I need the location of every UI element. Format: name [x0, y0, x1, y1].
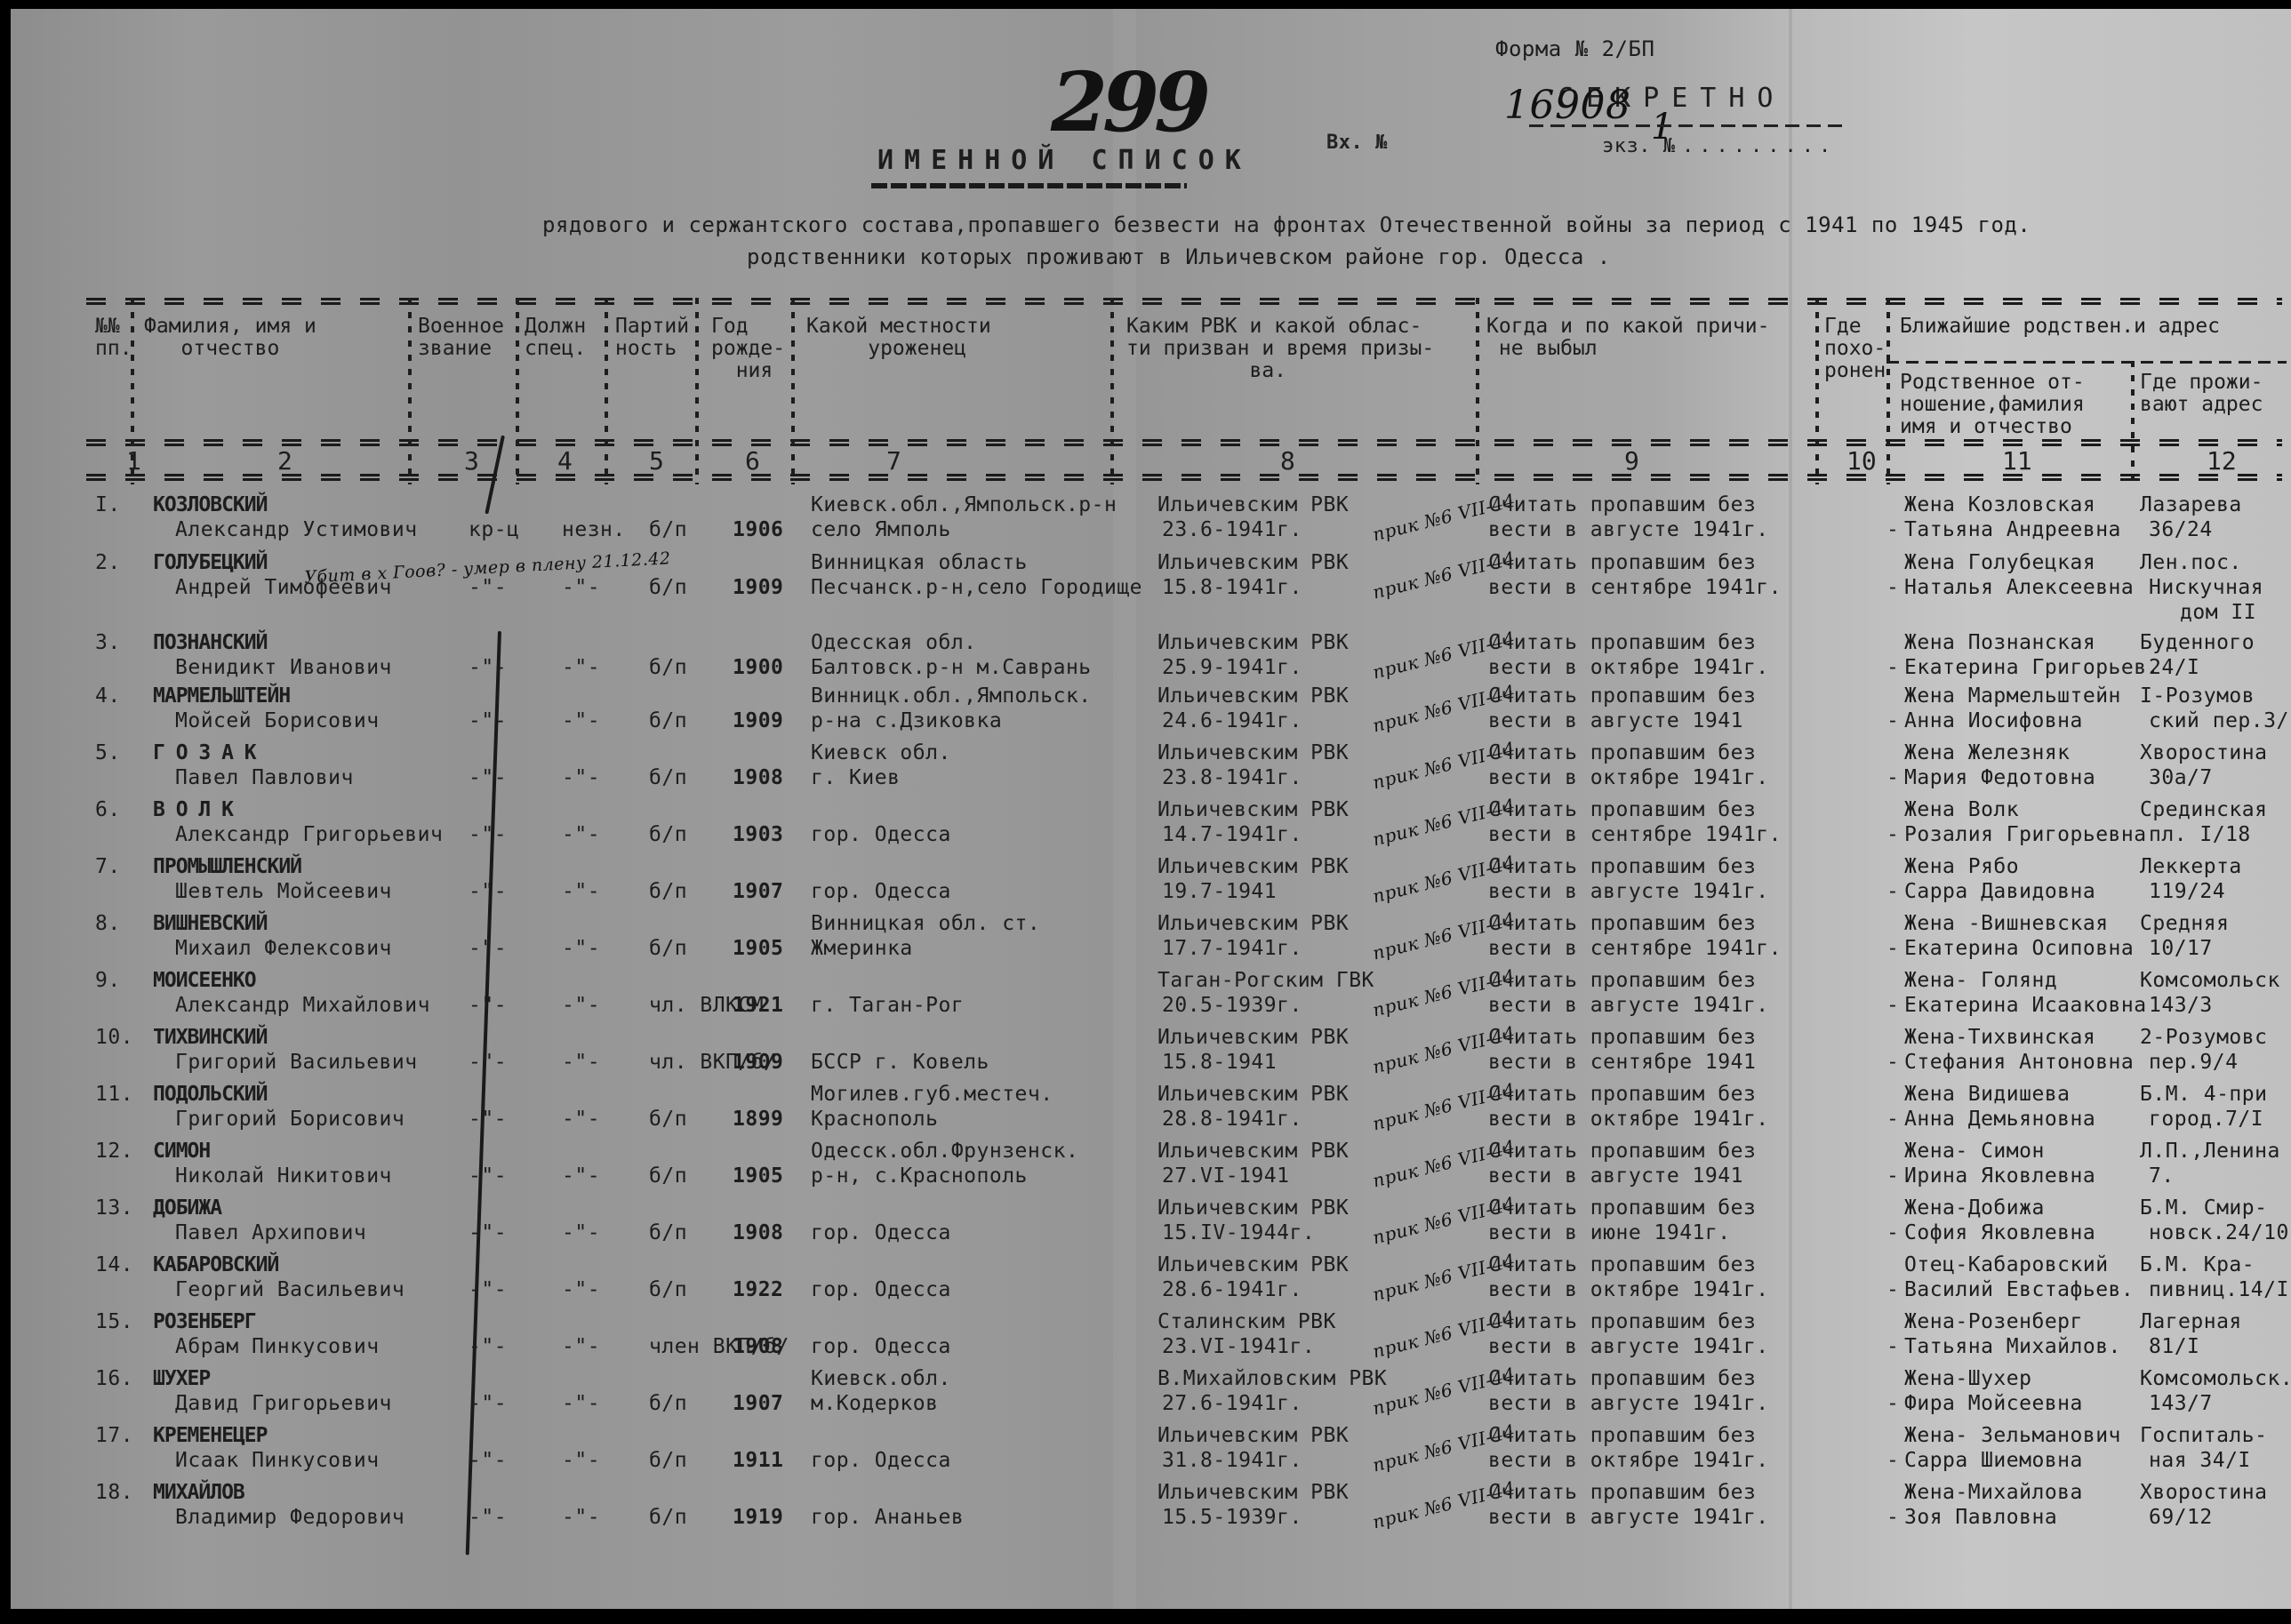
address-line-2: Нискучная — [2149, 576, 2263, 599]
conscription-office: Ильичевским РВК — [1158, 1196, 1349, 1220]
conscription-date: 23.VI-1941г. — [1162, 1335, 1315, 1358]
title-underline — [871, 183, 1187, 188]
surname: Г О З А К — [153, 741, 256, 764]
birthplace-line-1: Киевск обл. — [811, 741, 951, 764]
relative-line-1: Жена- Голянд — [1904, 969, 2057, 992]
military-rank: -"- — [469, 937, 507, 960]
birthplace-line-1: Винницкая область — [811, 551, 1028, 574]
col-divider — [1815, 298, 1819, 484]
register-number-handwritten: 16908 — [1504, 94, 1630, 117]
address-line-2: новск.24/10 — [2149, 1221, 2289, 1244]
party-membership: б/п — [649, 1392, 687, 1415]
conscription-date: 23.8-1941г. — [1162, 766, 1302, 789]
row-number: 8. — [95, 912, 121, 935]
row-number: 12. — [95, 1140, 133, 1163]
military-rank: -"- — [469, 1392, 507, 1415]
colnum: 2 — [277, 446, 292, 476]
conscription-date: 27.6-1941г. — [1162, 1392, 1302, 1415]
conscription-office: Ильичевским РВК — [1158, 551, 1349, 574]
conscription-office: Ильичевским РВК — [1158, 1026, 1349, 1049]
party-membership: б/п — [649, 656, 687, 679]
archive-number-handwritten: 299 — [1051, 91, 1206, 114]
military-rank: -"- — [469, 994, 507, 1017]
relative-line-1: Жена Познанская — [1904, 631, 2095, 654]
address-line-1: Лазарева — [2140, 493, 2242, 516]
conscription-office: Ильичевским РВК — [1158, 1140, 1349, 1163]
birthplace-line-2: гор. Одесса — [811, 1221, 951, 1244]
conscription-office: В.Михайловским РВК — [1158, 1367, 1387, 1390]
conscription-office: Ильичевским РВК — [1158, 912, 1349, 935]
relative-line-2: София Яковлевна — [1904, 1221, 2095, 1244]
surname: МИХАЙЛОВ — [153, 1481, 244, 1504]
col-divider — [791, 298, 795, 484]
col-divider — [695, 298, 699, 484]
table-row: 12. СИМОН Николай Никитович -"- -"- б/п … — [11, 1140, 2291, 1196]
conscription-date: 28.8-1941г. — [1162, 1108, 1302, 1131]
given-name: Владимир Федорович — [175, 1506, 405, 1529]
conscription-office: Сталинским РВК — [1158, 1310, 1336, 1333]
military-rank: -"- — [469, 1051, 507, 1074]
buried-place: - — [1886, 1164, 1899, 1188]
col-divider — [605, 298, 608, 484]
given-name: Абрам Пинкусович — [175, 1335, 380, 1358]
birthplace-line-2: р-н, с.Краснополь — [811, 1164, 1028, 1188]
relative-line-2: Фира Мойсеевна — [1904, 1392, 2083, 1415]
buried-place: - — [1886, 1278, 1899, 1301]
colnum: 10 — [1846, 446, 1877, 476]
buried-place: - — [1886, 709, 1899, 732]
birthplace-line-2: р-на с.Дзиковка — [811, 709, 1002, 732]
surname: ПОЗНАНСКИЙ — [153, 631, 267, 654]
given-name: Григорий Борисович — [175, 1108, 405, 1131]
reason-line-1: Считать пропавшим без — [1488, 1196, 1756, 1220]
table-row: 8. ВИШНЕВСКИЙ Михаил Фелексович -"- -"- … — [11, 912, 2291, 969]
surname: ДОБИЖА — [153, 1196, 221, 1220]
birthplace-line-2: село Ямполь — [811, 518, 951, 541]
specialty: -"- — [562, 937, 600, 960]
conscription-date: 15.IV-1944г. — [1162, 1221, 1315, 1244]
buried-place: - — [1886, 823, 1899, 846]
reason-line-1: Считать пропавшим без — [1488, 1424, 1756, 1447]
address-line-1: I-Розумов — [2140, 684, 2255, 708]
buried-place: - — [1886, 937, 1899, 960]
relative-line-2: Татьяна Андреевна — [1904, 518, 2121, 541]
reason-line-1: Считать пропавшим без — [1488, 798, 1756, 821]
address-line-1: Комсомольск — [2140, 969, 2280, 992]
table-row: 11. ПОДОЛЬСКИЙ Григорий Борисович -"- -"… — [11, 1083, 2291, 1140]
header-name: Фамилия, имя и отчество — [144, 316, 316, 360]
birthplace-line-2: гор. Ананьев — [811, 1506, 964, 1529]
conscription-date: 20.5-1939г. — [1162, 994, 1302, 1017]
party-membership: б/п — [649, 1164, 687, 1188]
address-line-1: Комсомольск. — [2140, 1367, 2291, 1390]
table-row: 3. ПОЗНАНСКИЙ Венидикт Иванович -"- -"- … — [11, 631, 2291, 688]
address-line-2: ский пер.3/II — [2149, 709, 2291, 732]
reason-line-2: вести в августе 1941г. — [1488, 1506, 1769, 1529]
specialty: -"- — [562, 1506, 600, 1529]
conscription-date: 19.7-1941 — [1162, 880, 1277, 903]
row-number: 3. — [95, 631, 121, 654]
table-row: I. КОЗЛОВСКИЙ Александр Устимович кр-ц н… — [11, 493, 2291, 550]
given-name: Григорий Васильевич — [175, 1051, 418, 1074]
military-rank: кр-ц — [469, 518, 519, 541]
row-number: I. — [95, 493, 121, 516]
reason-line-2: вести в сентябре 1941 — [1488, 1051, 1756, 1074]
conscription-office: Ильичевским РВК — [1158, 493, 1349, 516]
reason-line-1: Считать пропавшим без — [1488, 969, 1756, 992]
birthplace-line-2: гор. Одесса — [811, 1278, 951, 1301]
birth-year: 1908 — [733, 1335, 783, 1358]
col-divider — [1110, 298, 1114, 484]
subtitle-line-2: родственники которых проживают в Ильичев… — [747, 245, 1611, 268]
given-name: Михаил Фелексович — [175, 937, 392, 960]
reason-line-2: вести в августе 1941 — [1488, 1164, 1743, 1188]
address-line-1: Б.М. Кра- — [2140, 1253, 2255, 1276]
given-name: Николай Никитович — [175, 1164, 392, 1188]
colnum: 11 — [2002, 446, 2032, 476]
colnum: 7 — [886, 446, 901, 476]
birthplace-line-2: Жмеринка — [811, 937, 913, 960]
buried-place: - — [1886, 1506, 1899, 1529]
relative-line-2: Екатерина Осиповна — [1904, 937, 2134, 960]
conscription-date: 15.8-1941г. — [1162, 576, 1302, 599]
given-name: Георгий Васильевич — [175, 1278, 405, 1301]
surname: КОЗЛОВСКИЙ — [153, 493, 267, 516]
buried-place: - — [1886, 656, 1899, 679]
header-bottom-rule — [86, 439, 2282, 446]
birth-year: 1909 — [733, 1051, 783, 1074]
buried-place: - — [1886, 994, 1899, 1017]
birthplace-line-2: м.Кодерков — [811, 1392, 938, 1415]
header-sub-rule — [1886, 361, 2287, 364]
party-membership: б/п — [649, 880, 687, 903]
address-line-2: 36/24 — [2149, 518, 2213, 541]
birth-year: 1922 — [733, 1278, 783, 1301]
military-rank: -"- — [469, 880, 507, 903]
row-number: 4. — [95, 684, 121, 708]
military-rank: -"- — [469, 1164, 507, 1188]
row-number: 11. — [95, 1083, 133, 1106]
given-name: Павел Архипович — [175, 1221, 366, 1244]
birth-year: 1905 — [733, 937, 783, 960]
address-line-1: Леккерта — [2140, 855, 2242, 878]
military-rank: -"- — [469, 1335, 507, 1358]
military-rank: -"- — [469, 1221, 507, 1244]
table-row: 2. ГОЛУБЕЦКИЙ Андрей Тимофеевич -"- -"- … — [11, 551, 2291, 608]
col-divider — [1476, 298, 1479, 484]
row-number: 2. — [95, 551, 121, 574]
relative-line-2: Мария Федотовна — [1904, 766, 2095, 789]
relative-line-1: Жена- Симон — [1904, 1140, 2045, 1163]
birth-year: 1900 — [733, 656, 783, 679]
address-line-1: Срединская — [2140, 798, 2267, 821]
birth-year: 1909 — [733, 709, 783, 732]
colnum: 3 — [464, 446, 479, 476]
party-membership: б/п — [649, 1221, 687, 1244]
row-number: 10. — [95, 1026, 133, 1049]
surname: В О Л К — [153, 798, 233, 821]
relative-line-1: Жена-Добижа — [1904, 1196, 2045, 1220]
col-divider — [1886, 298, 1890, 484]
surname: ПРОМЫШЛЕНСКИЙ — [153, 855, 301, 878]
conscription-office: Ильичевским РВК — [1158, 684, 1349, 708]
birth-year: 1908 — [733, 1221, 783, 1244]
relative-line-2: Зоя Павловна — [1904, 1506, 2057, 1529]
birth-year: 1903 — [733, 823, 783, 846]
address-line-1: Лен.пос. — [2140, 551, 2242, 574]
surname: МАРМЕЛЬШТЕЙН — [153, 684, 290, 708]
specialty: -"- — [562, 1221, 600, 1244]
address-line-2: 10/17 — [2149, 937, 2213, 960]
form-label: Форма № 2/БП — [1495, 37, 1654, 60]
col-divider — [2131, 361, 2135, 484]
conscription-date: 23.6-1941г. — [1162, 518, 1302, 541]
birth-year: 1905 — [733, 1164, 783, 1188]
relative-line-1: Жена-Тихвинская — [1904, 1026, 2095, 1049]
reason-line-1: Считать пропавшим без — [1488, 1026, 1756, 1049]
specialty: -"- — [562, 1335, 600, 1358]
relative-line-1: Жена Козловская — [1904, 493, 2095, 516]
table-row: 16. ШУХЕР Давид Григорьевич -"- -"- б/п … — [11, 1367, 2291, 1424]
birthplace-line-2: гор. Одесса — [811, 1335, 951, 1358]
reason-line-2: вести в октябре 1941г. — [1488, 1449, 1769, 1472]
relative-line-2: Екатерина Григорьев. — [1904, 656, 2159, 679]
reason-line-1: Считать пропавшим без — [1488, 631, 1756, 654]
conscription-office: Ильичевским РВК — [1158, 1481, 1349, 1504]
reason-line-2: вести в октябре 1941г. — [1488, 1108, 1769, 1131]
stamp-underline — [1529, 124, 1849, 127]
address-line-2: 81/I — [2149, 1335, 2199, 1358]
reason-line-1: Считать пропавшим без — [1488, 1253, 1756, 1276]
birth-year: 1907 — [733, 880, 783, 903]
colnum-bottom-rule — [86, 474, 2282, 481]
table-row: 18. МИХАЙЛОВ Владимир Федорович -"- -"- … — [11, 1481, 2291, 1538]
buried-place: - — [1886, 766, 1899, 789]
reason-line-2: вести в августе 1941г. — [1488, 994, 1769, 1017]
birthplace-line-1: Винницк.обл.,Ямпольск. — [811, 684, 1092, 708]
birthplace-line-2: Краснополь — [811, 1108, 938, 1131]
specialty: -"- — [562, 1051, 600, 1074]
relative-line-1: Жена-Михайлова — [1904, 1481, 2083, 1504]
specialty: незн. — [562, 518, 626, 541]
party-membership: б/п — [649, 1278, 687, 1301]
conscription-office: Таган-Рогским ГВК — [1158, 969, 1374, 992]
military-rank: -"- — [469, 709, 507, 732]
table-row: 13. ДОБИЖА Павел Архипович -"- -"- б/п 1… — [11, 1196, 2291, 1253]
birth-year: 1919 — [733, 1506, 783, 1529]
reason-line-2: вести в августе 1941г. — [1488, 518, 1769, 541]
specialty: -"- — [562, 1392, 600, 1415]
page-title: ИМЕННОЙ СПИСОК — [877, 149, 1252, 172]
row-number: 13. — [95, 1196, 133, 1220]
given-name: Давид Григорьевич — [175, 1392, 392, 1415]
conscription-date: 24.6-1941г. — [1162, 709, 1302, 732]
colnum: 5 — [649, 446, 664, 476]
header-birthplace: Какой местности уроженец — [806, 316, 991, 360]
colnum: 4 — [557, 446, 573, 476]
col-divider — [516, 298, 519, 484]
row-number: 9. — [95, 969, 121, 992]
reason-line-2: вести в октябре 1941г. — [1488, 1278, 1769, 1301]
birthplace-line-1: Одесск.обл.Фрунзенск. — [811, 1140, 1078, 1163]
header-birth-year: Год рожде- ния — [711, 316, 785, 382]
given-name: Павел Павлович — [175, 766, 354, 789]
document-sheet: Форма № 2/БП СЕКРЕТНО Вх. № 16908 экз. №… — [11, 9, 2291, 1609]
specialty: -"- — [562, 1278, 600, 1301]
conscription-date: 15.8-1941 — [1162, 1051, 1277, 1074]
specialty: -"- — [562, 1449, 600, 1472]
party-membership: б/п — [649, 1108, 687, 1131]
colnum: 6 — [745, 446, 760, 476]
birthplace-line-2: г. Таган-Рог — [811, 994, 964, 1017]
relative-line-2: Анна Иосифовна — [1904, 709, 2083, 732]
address-line-1: Хворостина — [2140, 741, 2267, 764]
specialty: -"- — [562, 1164, 600, 1188]
military-rank: -"- — [469, 823, 507, 846]
colnum: 12 — [2207, 446, 2237, 476]
party-membership: б/п — [649, 1449, 687, 1472]
row-number: 7. — [95, 855, 121, 878]
header-num: №№ пп. — [95, 316, 132, 360]
reason-line-1: Считать пропавшим без — [1488, 912, 1756, 935]
birthplace-line-2: гор. Одесса — [811, 1449, 951, 1472]
buried-place: - — [1886, 1392, 1899, 1415]
address-line-2: 143/7 — [2149, 1392, 2213, 1415]
conscription-office: Ильичевским РВК — [1158, 798, 1349, 821]
address-line-2: 119/24 — [2149, 880, 2225, 903]
conscription-office: Ильичевским РВК — [1158, 1424, 1349, 1447]
col-divider — [408, 298, 412, 484]
surname: МОИСЕЕНКО — [153, 969, 256, 992]
header-party: Партий ность — [615, 316, 689, 360]
relative-line-2: Екатерина Исааковна — [1904, 994, 2147, 1017]
military-rank: -"- — [469, 656, 507, 679]
row-number: 5. — [95, 741, 121, 764]
party-membership: б/п — [649, 709, 687, 732]
buried-place: - — [1886, 576, 1899, 599]
reason-line-2: вести в августе 1941г. — [1488, 1392, 1769, 1415]
party-membership: б/п — [649, 937, 687, 960]
row-number: 18. — [95, 1481, 133, 1504]
military-rank: -"- — [469, 766, 507, 789]
conscription-date: 31.8-1941г. — [1162, 1449, 1302, 1472]
surname: РОЗЕНБЕРГ — [153, 1310, 256, 1333]
military-rank: -"- — [469, 1108, 507, 1131]
birthplace-line-2: гор. Одесса — [811, 880, 951, 903]
address-line-2: 7. — [2149, 1164, 2175, 1188]
reason-line-2: вести в августе 1941г. — [1488, 880, 1769, 903]
header-reason: Когда и по какой причи- не выбыл — [1486, 316, 1770, 360]
birth-year: 1906 — [733, 518, 783, 541]
relative-line-1: Жена- Зельманович — [1904, 1424, 2121, 1447]
buried-place: - — [1886, 518, 1899, 541]
birthplace-line-1: Винницкая обл. ст. — [811, 912, 1040, 935]
table-row: 6. В О Л К Александр Григорьевич -"- -"-… — [11, 798, 2291, 855]
given-name: Исаак Пинкусович — [175, 1449, 380, 1472]
surname: ВИШНЕВСКИЙ — [153, 912, 267, 935]
table-row: 5. Г О З А К Павел Павлович -"- -"- б/п … — [11, 741, 2291, 798]
row-number: 6. — [95, 798, 121, 821]
relative-line-1: Жена-Розенберг — [1904, 1310, 2083, 1333]
address-line-2: 143/3 — [2149, 994, 2213, 1017]
reason-line-2: вести в сентябре 1941г. — [1488, 576, 1782, 599]
given-name: Шевтель Мойсеевич — [175, 880, 392, 903]
relative-line-2: Василий Евстафьев. — [1904, 1278, 2134, 1301]
reason-line-2: вести в октябре 1941г. — [1488, 766, 1769, 789]
specialty: -"- — [562, 880, 600, 903]
address-line-1: Л.П.,Ленина — [2140, 1140, 2280, 1163]
surname: ШУХЕР — [153, 1367, 210, 1390]
birthplace-line-1: Киевск.обл. — [811, 1367, 951, 1390]
birthplace-line-2: г. Киев — [811, 766, 900, 789]
colnum: 8 — [1280, 446, 1295, 476]
given-name: Александр Устимович — [175, 518, 418, 541]
military-rank: -"- — [469, 1278, 507, 1301]
surname: КАБАРОВСКИЙ — [153, 1253, 278, 1276]
party-membership: б/п — [649, 518, 687, 541]
address-line-2: город.7/I — [2149, 1108, 2263, 1131]
reason-line-2: вести в июне 1941г. — [1488, 1221, 1731, 1244]
reason-line-1: Считать пропавшим без — [1488, 493, 1756, 516]
surname: ГОЛУБЕЦКИЙ — [153, 551, 267, 574]
reason-line-1: Считать пропавшим без — [1488, 551, 1756, 574]
relative-line-1: Отец-Кабаровский — [1904, 1253, 2109, 1276]
address-line-2: 69/12 — [2149, 1506, 2213, 1529]
party-membership: б/п — [649, 576, 687, 599]
relative-line-2: Сарра Давидовна — [1904, 880, 2095, 903]
given-name: Мойсей Борисович — [175, 709, 380, 732]
relative-line-2: Ирина Яковлевна — [1904, 1164, 2095, 1188]
address-line-2: пивниц.14/I — [2149, 1278, 2289, 1301]
birth-year: 1899 — [733, 1108, 783, 1131]
buried-place: - — [1886, 880, 1899, 903]
colnum: 1 — [126, 446, 141, 476]
register-stamp: Вх. № — [1326, 132, 1388, 155]
conscription-office: Ильичевским РВК — [1158, 1083, 1349, 1106]
specialty: -"- — [562, 656, 600, 679]
reason-line-1: Считать пропавшим без — [1488, 1140, 1756, 1163]
birthplace-line-2: гор. Одесса — [811, 823, 951, 846]
header-spec: Должн спец. — [525, 316, 586, 360]
address-line-1: Госпиталь- — [2140, 1424, 2267, 1447]
surname: ПОДОЛЬСКИЙ — [153, 1083, 267, 1106]
given-name: Александр Григорьевич — [175, 823, 443, 846]
header-address: Где прожи- вают адрес — [2140, 372, 2263, 416]
conscription-date: 28.6-1941г. — [1162, 1278, 1302, 1301]
table-row: 14. КАБАРОВСКИЙ Георгий Васильевич -"- -… — [11, 1253, 2291, 1310]
table-row: 15. РОЗЕНБЕРГ Абрам Пинкусович -"- -"- ч… — [11, 1310, 2291, 1367]
relative-line-1: Жена Мармельштейн — [1904, 684, 2121, 708]
conscription-date: 14.7-1941г. — [1162, 823, 1302, 846]
reason-line-1: Считать пропавшим без — [1488, 684, 1756, 708]
surname: СИМОН — [153, 1140, 210, 1163]
address-line-2: ная 34/I — [2149, 1449, 2251, 1472]
table-row: 10. ТИХВИНСКИЙ Григорий Васильевич -"- -… — [11, 1026, 2291, 1083]
reason-line-2: вести в августе 1941 — [1488, 709, 1743, 732]
relative-line-1: Жена Железняк — [1904, 741, 2071, 764]
specialty: -"- — [562, 1108, 600, 1131]
party-membership: б/п — [649, 766, 687, 789]
specialty: -"- — [562, 709, 600, 732]
conscription-date: 25.9-1941г. — [1162, 656, 1302, 679]
buried-place: - — [1886, 1335, 1899, 1358]
birth-year: 1907 — [733, 1392, 783, 1415]
header-buried: Где похо- ронен — [1824, 316, 1886, 382]
address-line-2: 24/I — [2149, 656, 2199, 679]
relative-line-2: Сарра Шиемовна — [1904, 1449, 2083, 1472]
reason-line-1: Считать пропавшим без — [1488, 1310, 1756, 1333]
relative-line-2: Стефания Антоновна — [1904, 1051, 2134, 1074]
